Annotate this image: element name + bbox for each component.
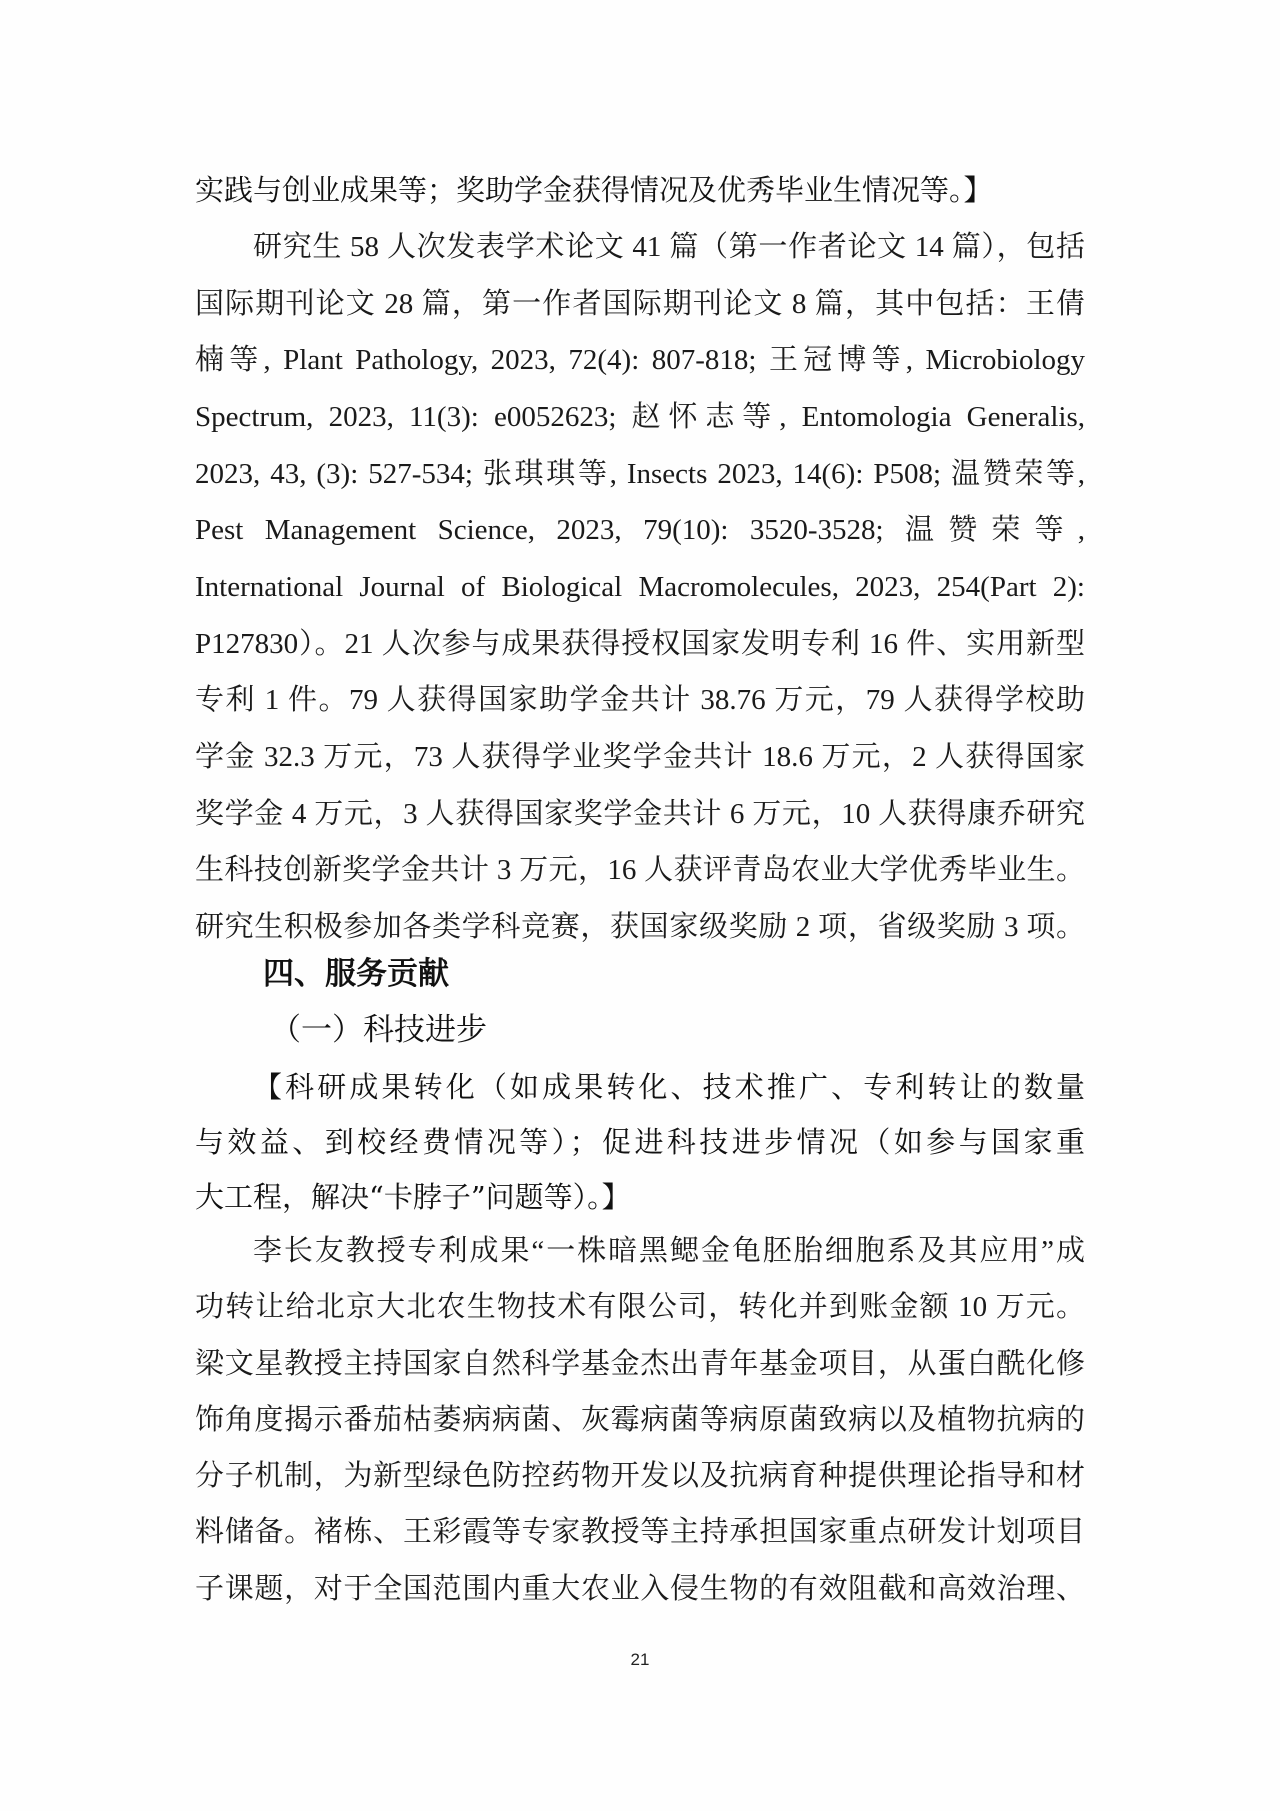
guideline-line: 与效益、到校经费情况等）；促进科技进步情况（如参与国家重 bbox=[195, 1122, 1085, 1162]
paragraph-line: International Journal of Biological Macr… bbox=[195, 567, 1085, 607]
paragraph-line: 研究生 58 人次发表学术论文 41 篇（第一作者论文 14 篇），包括 bbox=[253, 227, 1085, 267]
paragraph-line: 研究生积极参加各类学科竞赛，获国家级奖励 2 项，省级奖励 3 项。 bbox=[195, 907, 1085, 947]
paragraph-line: P127830）。21 人次参与成果获得授权国家发明专利 16 件、实用新型 bbox=[195, 624, 1085, 664]
paragraph-line: 奖学金 4 万元，3 人获得国家奖学金共计 6 万元，10 人获得康乔研究 bbox=[195, 794, 1085, 834]
guideline-line: 大工程，解决“卡脖子”问题等）。】 bbox=[195, 1177, 1085, 1217]
paragraph-line: 料储备。褚栋、王彩霞等专家教授等主持承担国家重点研发计划项目 bbox=[195, 1512, 1085, 1552]
paragraph-line: 专利 1 件。79 人获得国家助学金共计 38.76 万元，79 人获得学校助 bbox=[195, 680, 1085, 720]
paragraph-line: 梁文星教授主持国家自然科学基金杰出青年基金项目，从蛋白酰化修 bbox=[195, 1344, 1085, 1384]
paragraph-line: 李长友教授专利成果“一株暗黑鳃金龟胚胎细胞系及其应用”成 bbox=[253, 1231, 1085, 1271]
paragraph-line: Pest Management Science, 2023, 79(10): 3… bbox=[195, 510, 1085, 550]
paragraph-line: 楠等, Plant Pathology, 2023, 72(4): 807-81… bbox=[195, 340, 1085, 380]
paragraph-line: 国际期刊论文 28 篇，第一作者国际期刊论文 8 篇，其中包括：王倩 bbox=[195, 284, 1085, 324]
guideline-tail-line: 实践与创业成果等；奖助学金获得情况及优秀毕业生情况等。】 bbox=[195, 170, 1085, 210]
paragraph-line: 学金 32.3 万元，73 人获得学业奖学金共计 18.6 万元，2 人获得国家 bbox=[195, 737, 1085, 777]
page-number: 21 bbox=[600, 1648, 680, 1672]
document-page: 实践与创业成果等；奖助学金获得情况及优秀毕业生情况等。】 研究生 58 人次发表… bbox=[0, 0, 1280, 1811]
paragraph-line: Spectrum, 2023, 11(3): e0052623; 赵怀志等, E… bbox=[195, 397, 1085, 437]
paragraph-line: 子课题，对于全国范围内重大农业入侵生物的有效阻截和高效治理、 bbox=[195, 1569, 1085, 1609]
paragraph-line: 饰角度揭示番茄枯萎病病菌、灰霉病菌等病原菌致病以及植物抗病的 bbox=[195, 1400, 1085, 1440]
paragraph-line: 2023, 43, (3): 527-534; 张琪琪等, Insects 20… bbox=[195, 454, 1085, 494]
subsection-heading: （一）科技进步 bbox=[270, 1008, 487, 1052]
section-heading: 四、服务贡献 bbox=[263, 952, 449, 996]
paragraph-line: 分子机制，为新型绿色防控药物开发以及抗病育种提供理论指导和材 bbox=[195, 1456, 1085, 1496]
paragraph-line: 生科技创新奖学金共计 3 万元，16 人获评青岛农业大学优秀毕业生。 bbox=[195, 850, 1085, 890]
paragraph-line: 功转让给北京大北农生物技术有限公司，转化并到账金额 10 万元。 bbox=[195, 1287, 1085, 1327]
guideline-line: 【科研成果转化（如成果转化、技术推广、专利转让的数量 bbox=[253, 1067, 1085, 1107]
